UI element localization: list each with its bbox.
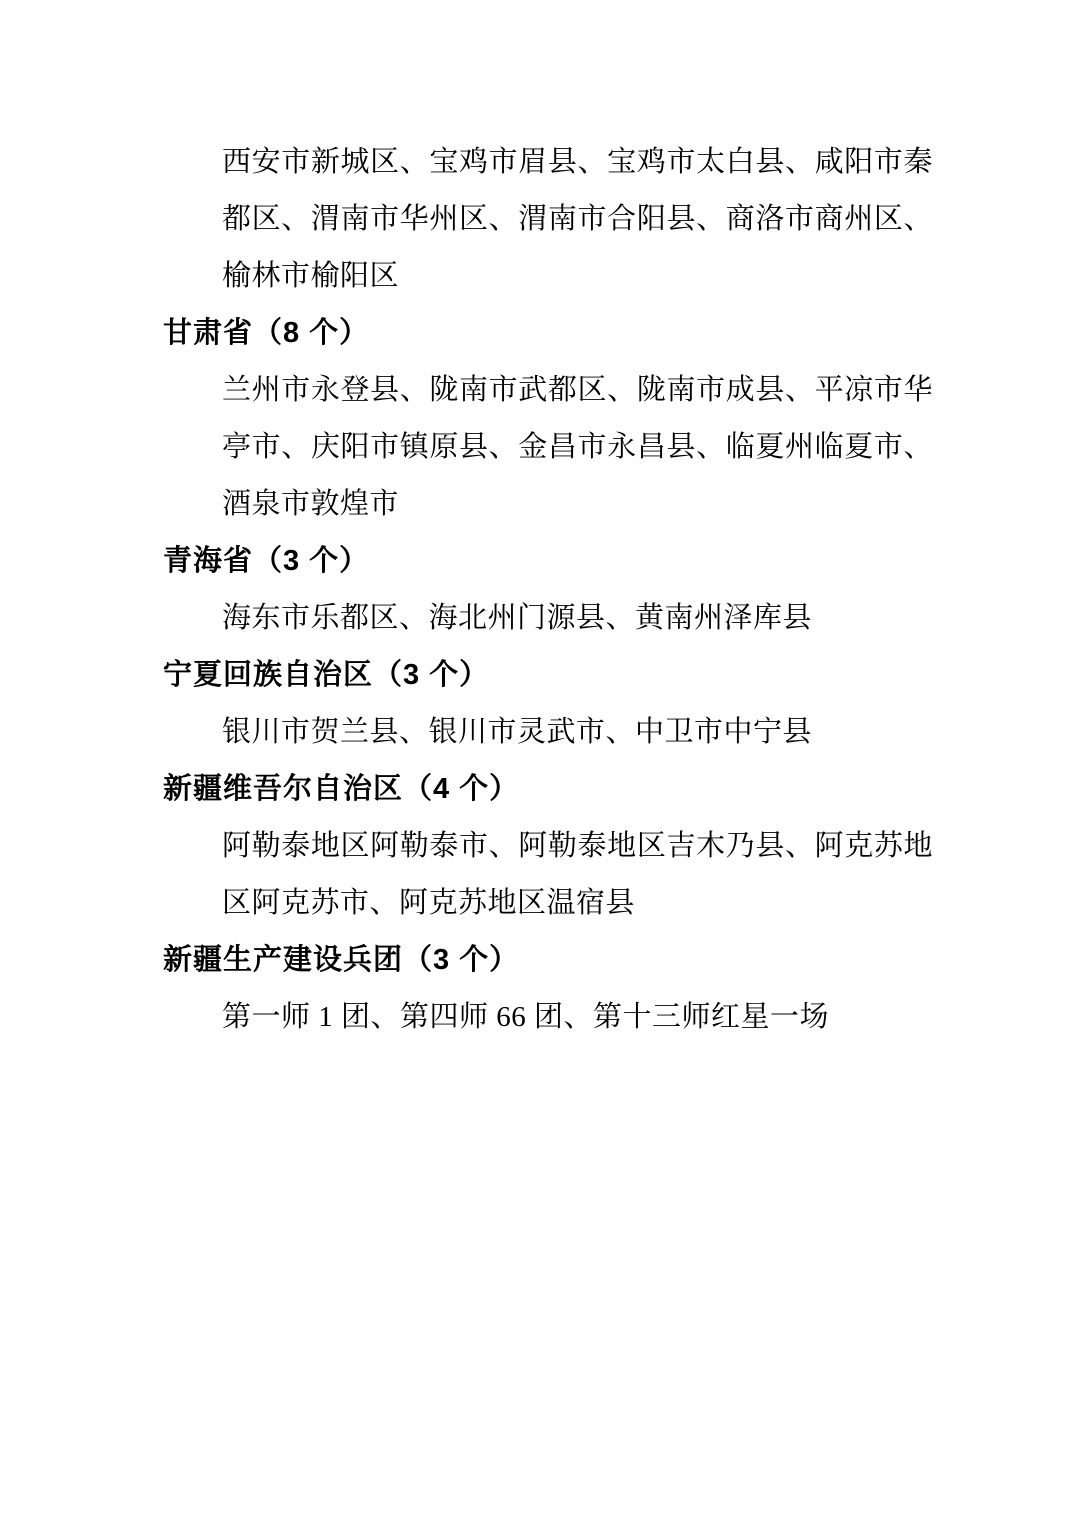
- paragraph-line: 兰州市永登县、陇南市武都区、陇南市成县、平凉市华: [222, 362, 933, 419]
- paragraph-line: 海东市乐都区、海北州门源县、黄南州泽库县: [222, 590, 933, 647]
- section-paragraph: 兰州市永登县、陇南市武都区、陇南市成县、平凉市华亭市、庆阳市镇原县、金昌市永昌县…: [222, 362, 933, 533]
- document-page: 西安市新城区、宝鸡市眉县、宝鸡市太白县、咸阳市秦都区、渭南市华州区、渭南市合阳县…: [0, 0, 1080, 1527]
- section-paragraph: 海东市乐都区、海北州门源县、黄南州泽库县: [222, 590, 933, 647]
- section-heading: 新疆生产建设兵团（3 个）: [163, 932, 933, 989]
- paragraph-line: 银川市贺兰县、银川市灵武市、中卫市中宁县: [222, 704, 933, 761]
- section-heading: 宁夏回族自治区（3 个）: [163, 647, 933, 704]
- document-content: 西安市新城区、宝鸡市眉县、宝鸡市太白县、咸阳市秦都区、渭南市华州区、渭南市合阳县…: [163, 134, 933, 1046]
- section-heading: 青海省（3 个）: [163, 533, 933, 590]
- paragraph-line: 第一师 1 团、第四师 66 团、第十三师红星一场: [222, 989, 933, 1046]
- section-heading: 甘肃省（8 个）: [163, 305, 933, 362]
- paragraph-line: 阿勒泰地区阿勒泰市、阿勒泰地区吉木乃县、阿克苏地: [222, 818, 933, 875]
- section-paragraph: 阿勒泰地区阿勒泰市、阿勒泰地区吉木乃县、阿克苏地区阿克苏市、阿克苏地区温宿县: [222, 818, 933, 932]
- paragraph-line: 榆林市榆阳区: [222, 248, 933, 305]
- paragraph-line: 亭市、庆阳市镇原县、金昌市永昌县、临夏州临夏市、: [222, 419, 933, 476]
- paragraph-line: 西安市新城区、宝鸡市眉县、宝鸡市太白县、咸阳市秦: [222, 134, 933, 191]
- paragraph-line: 区阿克苏市、阿克苏地区温宿县: [222, 875, 933, 932]
- section-paragraph: 西安市新城区、宝鸡市眉县、宝鸡市太白县、咸阳市秦都区、渭南市华州区、渭南市合阳县…: [222, 134, 933, 305]
- section-paragraph: 银川市贺兰县、银川市灵武市、中卫市中宁县: [222, 704, 933, 761]
- section-heading: 新疆维吾尔自治区（4 个）: [163, 761, 933, 818]
- paragraph-line: 都区、渭南市华州区、渭南市合阳县、商洛市商州区、: [222, 191, 933, 248]
- paragraph-line: 酒泉市敦煌市: [222, 476, 933, 533]
- section-paragraph: 第一师 1 团、第四师 66 团、第十三师红星一场: [222, 989, 933, 1046]
